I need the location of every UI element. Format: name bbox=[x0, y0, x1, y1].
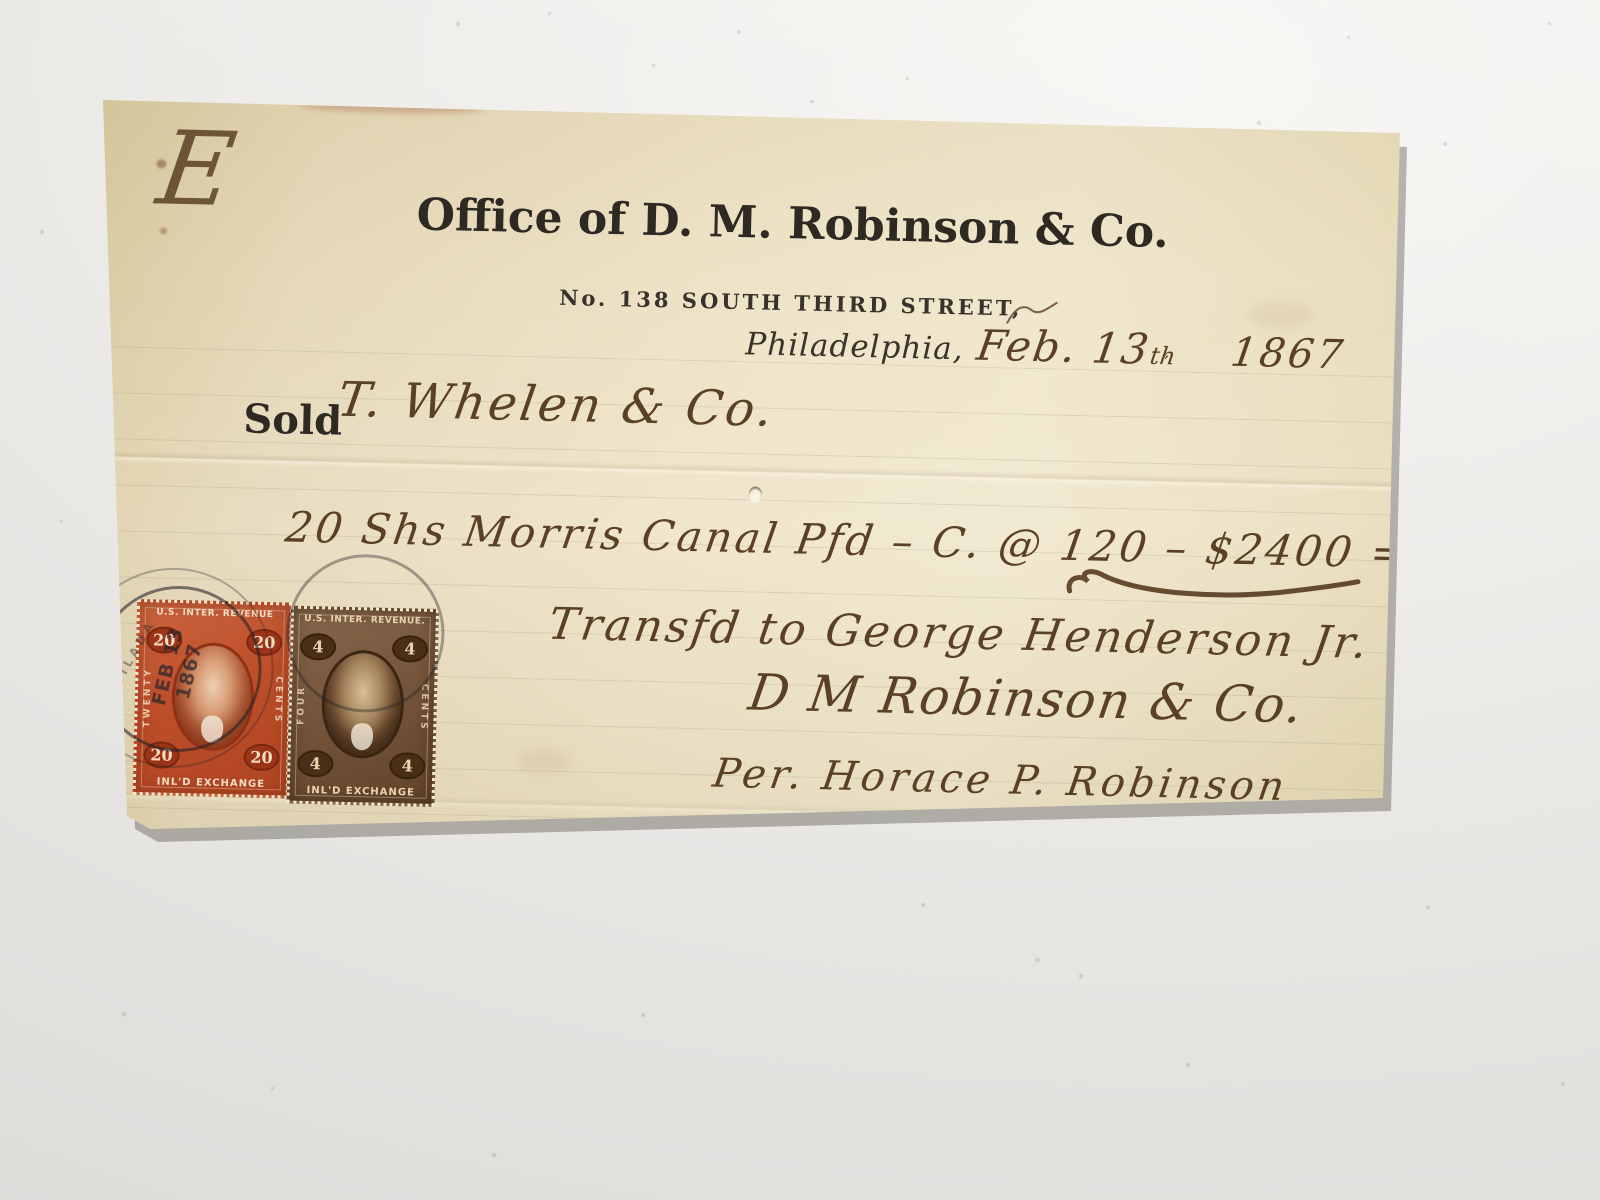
wall-speck bbox=[641, 1013, 645, 1017]
wall-speck bbox=[1426, 906, 1430, 909]
wall-speck bbox=[1347, 36, 1350, 39]
handwritten-year: 1867 bbox=[1228, 330, 1348, 379]
wall-speck bbox=[810, 100, 814, 103]
cancel-date-text: FEB 13 1867 bbox=[148, 625, 209, 713]
wall-speck bbox=[1186, 1063, 1190, 1067]
stamp-side-text: CENTS bbox=[418, 684, 429, 732]
wall-speck bbox=[492, 1153, 496, 1157]
letterhead-office-line: Office of D. M. Robinson & Co. bbox=[144, 183, 1442, 265]
stamp-denomination: 20 bbox=[243, 743, 280, 771]
stamp-bottom-text: INL'D EXCHANGE bbox=[136, 776, 286, 791]
handwritten-date: Feb. 13 bbox=[974, 321, 1154, 374]
stamp-side-text: FOUR bbox=[296, 685, 307, 725]
ink-tick-mark bbox=[1003, 297, 1064, 332]
stamp-denomination: 4 bbox=[389, 752, 426, 780]
wall-speck bbox=[1257, 121, 1261, 125]
wall-speck bbox=[737, 30, 741, 34]
edge-stain bbox=[298, 101, 483, 115]
wall-speck bbox=[921, 903, 925, 907]
wall-speck bbox=[122, 1012, 126, 1016]
wall-speck bbox=[1079, 974, 1083, 978]
wall-speck bbox=[1035, 958, 1040, 962]
wall-speck bbox=[906, 77, 909, 80]
wall-speck bbox=[40, 230, 44, 234]
wall-speck bbox=[1548, 22, 1551, 25]
stamp-bottom-text: INL'D EXCHANGE bbox=[290, 785, 432, 799]
stamp-denomination: 4 bbox=[297, 750, 334, 778]
wall-speck bbox=[548, 12, 551, 15]
letterhead-city-label: Philadelphia, bbox=[745, 326, 964, 367]
cancel-arc-text: PHILADA bbox=[103, 617, 158, 700]
paper-content: E Office of D. M. Robinson & Co. No. 138… bbox=[86, 98, 1400, 863]
handwritten-date-tick: ″ bbox=[1161, 351, 1169, 375]
document-paper: E Office of D. M. Robinson & Co. No. 138… bbox=[0, 0, 1600, 1200]
stamp-side-text: CENTS bbox=[272, 676, 283, 724]
ink-flourish-underline bbox=[1063, 565, 1364, 616]
wall-speck bbox=[1443, 142, 1447, 146]
wall-speck bbox=[271, 1087, 274, 1090]
photo-of-document: E Office of D. M. Robinson & Co. No. 138… bbox=[0, 0, 1600, 1200]
sold-label: Sold bbox=[243, 395, 343, 444]
wall-speck bbox=[60, 520, 63, 523]
wall-speck bbox=[1561, 1082, 1565, 1086]
wall-speck bbox=[456, 22, 460, 26]
wall-speck bbox=[652, 64, 655, 67]
handwritten-sold-to: T. Whelen & Co. bbox=[334, 372, 779, 438]
